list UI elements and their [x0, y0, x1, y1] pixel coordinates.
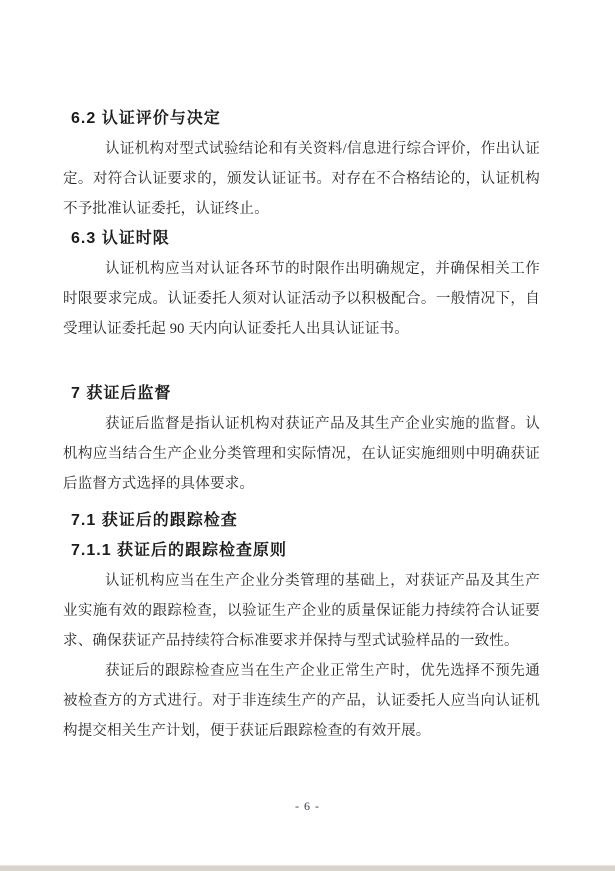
page-number: - 6 - — [0, 796, 615, 816]
paragraph-line: 机构应当结合生产企业分类管理和实际情况，在认证实施细则中明确获证 — [63, 439, 540, 469]
paragraph-line: 被检查方的方式进行。对于非连续生产的产品，认证委托人应当向认证机 — [63, 686, 540, 716]
section-heading-6-2: 6.2 认证评价与决定 — [63, 104, 540, 134]
paragraph-line: 构提交相关生产计划，便于获证后跟踪检查的有效开展。 — [63, 716, 540, 746]
paragraph-line: 认证机构应当对认证各环节的时限作出明确规定，并确保相关工作按 — [63, 254, 540, 284]
paragraph-line: 定。对符合认证要求的，颁发认证证书。对存在不合格结论的，认证机构 — [63, 164, 540, 194]
page-content: 6.2 认证评价与决定 认证机构对型式试验结论和有关资料/信息进行综合评价，作出… — [63, 0, 540, 746]
section-heading-6-3: 6.3 认证时限 — [63, 224, 540, 254]
paragraph-line: 时限要求完成。认证委托人须对认证活动予以积极配合。一般情况下，自 — [63, 284, 540, 314]
paragraph-line: 获证后监督是指认证机构对获证产品及其生产企业实施的监督。认证 — [63, 409, 540, 439]
paragraph-line: 后监督方式选择的具体要求。 — [63, 469, 540, 499]
paragraph-7-1-1-a: 认证机构应当在生产企业分类管理的基础上，对获证产品及其生产企 业实施有效的跟踪检… — [63, 566, 540, 656]
paragraph-6-3: 认证机构应当对认证各环节的时限作出明确规定，并确保相关工作按 时限要求完成。认证… — [63, 254, 540, 344]
paragraph-line: 获证后的跟踪检查应当在生产企业正常生产时，优先选择不预先通知 — [63, 656, 540, 686]
page-bottom-edge — [0, 865, 615, 871]
paragraph-line: 业实施有效的跟踪检查，以验证生产企业的质量保证能力持续符合认证要 — [63, 596, 540, 626]
paragraph-7: 获证后监督是指认证机构对获证产品及其生产企业实施的监督。认证 机构应当结合生产企… — [63, 409, 540, 499]
paragraph-6-2: 认证机构对型式试验结论和有关资料/信息进行综合评价，作出认证决 定。对符合认证要… — [63, 134, 540, 224]
section-heading-7: 7 获证后监督 — [63, 379, 540, 409]
paragraph-7-1-1-b: 获证后的跟踪检查应当在生产企业正常生产时，优先选择不预先通知 被检查方的方式进行… — [63, 656, 540, 746]
section-heading-7-1-1: 7.1.1 获证后的跟踪检查原则 — [63, 536, 540, 566]
paragraph-line: 求、确保获证产品持续符合标准要求并保持与型式试验样品的一致性。 — [63, 626, 540, 656]
paragraph-line: 认证机构应当在生产企业分类管理的基础上，对获证产品及其生产企 — [63, 566, 540, 596]
paragraph-line: 不予批准认证委托，认证终止。 — [63, 194, 540, 224]
paragraph-line: 受理认证委托起 90 天内向认证委托人出具认证证书。 — [63, 314, 540, 344]
document-page: 6.2 认证评价与决定 认证机构对型式试验结论和有关资料/信息进行综合评价，作出… — [0, 0, 615, 871]
paragraph-line: 认证机构对型式试验结论和有关资料/信息进行综合评价，作出认证决 — [63, 134, 540, 164]
section-heading-7-1: 7.1 获证后的跟踪检查 — [63, 506, 540, 536]
